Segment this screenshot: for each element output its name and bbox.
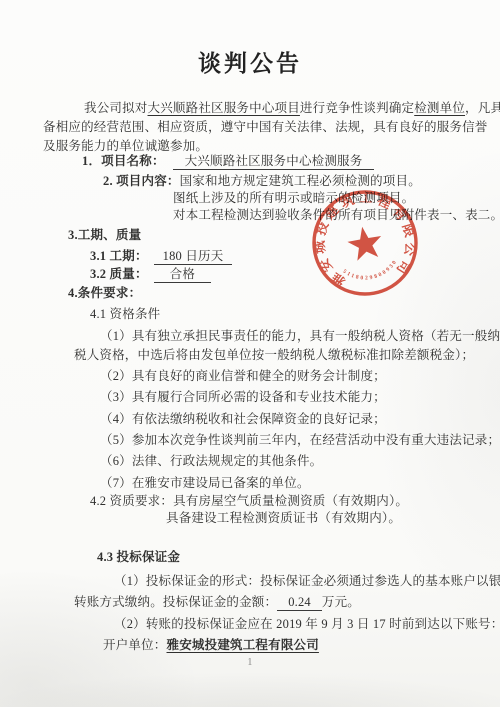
condition-1-line-1: （1）具有独立承担民事责任的能力，具有一般纳税人资格（若无一般纳 [100,328,500,344]
account-holder-row: 开户单位：雅安城投建筑工程有限公司 [103,637,319,653]
item-project-content-line-3: 对本工程检测达到验收条件的所有项目见附件表一、表二。 [173,207,500,223]
duration-label: 3.1 工期： [90,249,148,263]
condition-7: （7）在雅安市建设局已备案的单位。 [100,475,310,491]
project-content-label: 2. 项目内容： [103,174,180,188]
deposit-line-2: 转账方式缴纳。投标保证金的金额：0.24万元。 [74,594,360,611]
underlined-inspection-unit: 检测单位 [414,101,465,115]
duration-value: 180 日历天 [154,249,233,265]
seal-star-icon [345,224,384,262]
condition-4: （4）有依法缴纳税收和社会保障资金的良好记录； [100,411,386,427]
condition-2: （2）具有良好的商业信誉和健全的财务会计制度； [100,368,386,384]
page-number: 1 [0,655,500,671]
deposit-amount: 0.24 [277,595,322,611]
section-4-2-line-1: 4.2 资质要求：具有房屋空气质量检测资质（有效期内）。 [90,493,408,509]
seal-registration-number: 5118029800930 [341,258,401,286]
item-project-content-line-1: 2. 项目内容：国家和地方规定建筑工程必须检测的项目。 [103,173,421,189]
intro-line-1: 我公司拟对大兴顺路社区服务中心项目进行竞争性谈判确定检测单位，凡具 [84,100,500,116]
account-holder-label: 开户单位： [103,638,167,652]
project-name-value: 大兴顺路社区服务中心检测服务 [173,154,375,170]
item-project-name: 1．项目名称：大兴顺路社区服务中心检测服务 [82,153,374,170]
quality-label: 3.2 质量： [90,267,148,281]
section-4-1-heading: 4.1 资格条件 [90,306,160,322]
document-title: 谈判公告 [0,56,500,72]
section-4-heading: 4.条件要求： [68,285,141,301]
underlined-project-name: 大兴顺路社区服务中心项目 [148,101,300,115]
section-4-3-heading: 4.3 投标保证金 [97,549,180,565]
condition-6: （6）法律、行政法规规定的其他条件。 [100,453,322,469]
duration-row: 3.1 工期：180 日历天 [90,248,232,265]
deposit-line-1: （1）投标保证金的形式：投标保证金必须通过参选人的基本账户以银行 [114,573,500,589]
item-project-content-line-2: 图纸上涉及的所有明示或暗示的检测项目。 [173,190,414,206]
svg-text:5118029800930: 5118029800930 [341,258,401,286]
condition-1-line-2: 税人资格，中选后将由发包单位按一般纳税人缴税标准扣除差额税金）； [74,347,474,363]
project-name-label: 1．项目名称： [82,154,165,168]
qualification-label: 4.2 资质要求： [90,494,173,508]
quality-row: 3.2 质量：合格 [90,266,211,283]
section-4-2-line-2: 具备建设工程检测资质证书（有效期内）。 [166,510,401,526]
intro-line-2: 备相应的经营范围、相应资质，遵守中国有关法律、法规，具有良好的服务信誉 [43,119,488,135]
condition-5: （5）参加本次竞争性谈判前三年内，在经营活动中没有重大违法记录； [100,432,500,448]
quality-value: 合格 [154,267,211,283]
document-page: 谈判公告 我公司拟对大兴顺路社区服务中心项目进行竞争性谈判确定检测单位，凡具 备… [0,0,500,707]
condition-3: （3）具有履行合同所必需的设备和专业技术能力； [100,389,386,405]
account-holder-value: 雅安城投建筑工程有限公司 [167,638,319,652]
deposit-deadline: （2）转账的投标保证金应在 2019 年 9 月 3 日 17 时前到达以下账号… [114,616,500,632]
section-3-heading: 3.工期、质量 [68,227,141,243]
intro-line-3: 及服务能力的单位诚邀参加。 [43,138,208,154]
